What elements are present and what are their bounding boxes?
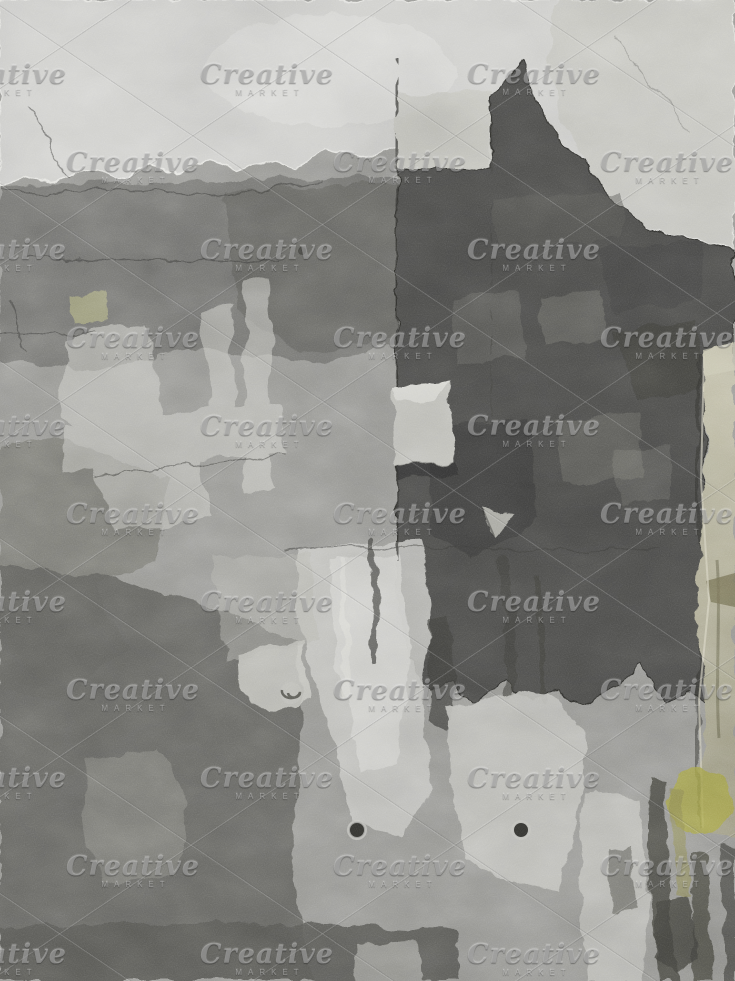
watermark-text: CreativeMARKET	[600, 502, 734, 538]
watermark-text: CreativeMARKET	[600, 854, 734, 890]
watermark-text: CreativeMARKET	[333, 678, 467, 714]
watermark-script-word: Creative	[0, 590, 67, 616]
watermark-script-word: Creative	[600, 150, 734, 176]
watermark-text: CreativeMARKET	[0, 766, 67, 802]
watermark-script-word: Creative	[467, 766, 601, 792]
watermark-script-word: Creative	[467, 942, 601, 968]
watermark-text: CreativeMARKET	[0, 62, 67, 98]
watermark-script-word: Creative	[333, 150, 467, 176]
watermark-script-word: Creative	[66, 150, 200, 176]
watermark-text: CreativeMARKET	[467, 766, 601, 802]
watermark-script-word: Creative	[467, 238, 601, 264]
watermark-text: CreativeMARKET	[333, 150, 467, 186]
watermark-text: CreativeMARKET	[467, 414, 601, 450]
watermark-text: CreativeMARKET	[66, 502, 200, 538]
watermark-text: CreativeMARKET	[66, 150, 200, 186]
watermark-script-word: Creative	[66, 326, 200, 352]
watermark-text: CreativeMARKET	[0, 414, 67, 450]
watermark-text: CreativeMARKET	[200, 414, 334, 450]
watermark-script-word: Creative	[333, 678, 467, 704]
watermark-text: CreativeMARKET	[467, 238, 601, 274]
watermark-script-word: Creative	[333, 854, 467, 880]
watermark-script-word: Creative	[0, 414, 67, 440]
watermark-text: CreativeMARKET	[333, 502, 467, 538]
watermark-script-word: Creative	[0, 942, 67, 968]
watermark-text: CreativeMARKET	[333, 854, 467, 890]
watermark-text: CreativeMARKET	[467, 590, 601, 626]
watermark-script-word: Creative	[200, 62, 334, 88]
watermark-script-word: Creative	[0, 766, 67, 792]
watermark-script-word: Creative	[0, 238, 67, 264]
watermark-script-word: Creative	[600, 326, 734, 352]
watermark-text: CreativeMARKET	[200, 766, 334, 802]
watermark-text: CreativeMARKET	[200, 238, 334, 274]
watermark-text: CreativeMARKET	[600, 150, 734, 186]
watermark-text: CreativeMARKET	[200, 590, 334, 626]
watermark-script-word: Creative	[600, 854, 734, 880]
watermark-text: CreativeMARKET	[66, 326, 200, 362]
watermark-text: CreativeMARKET	[467, 942, 601, 978]
watermark-text: CreativeMARKET	[333, 326, 467, 362]
watermark-script-word: Creative	[66, 854, 200, 880]
watermark-text: CreativeMARKET	[600, 326, 734, 362]
watermark-text: CreativeMARKET	[0, 590, 67, 626]
watermark-script-word: Creative	[66, 678, 200, 704]
watermark-script-word: Creative	[200, 590, 334, 616]
watermark-text: CreativeMARKET	[600, 678, 734, 714]
watermark-script-word: Creative	[600, 678, 734, 704]
watermark-text: CreativeMARKET	[66, 854, 200, 890]
watermark-script-word: Creative	[200, 414, 334, 440]
watermark-script-word: Creative	[467, 590, 601, 616]
watermark-script-word: Creative	[200, 942, 334, 968]
watermark-text: CreativeMARKET	[200, 942, 334, 978]
watermark-script-word: Creative	[333, 502, 467, 528]
watermark-text: CreativeMARKET	[0, 238, 67, 274]
watermark-script-word: Creative	[200, 238, 334, 264]
stock-photo-canvas: CreativeMARKETCreativeMARKETCreativeMARK…	[0, 0, 735, 981]
watermark-text: CreativeMARKET	[200, 62, 334, 98]
watermark-text: CreativeMARKET	[66, 678, 200, 714]
watermark-script-word: Creative	[600, 502, 734, 528]
watermark-script-word: Creative	[200, 766, 334, 792]
watermark-text: CreativeMARKET	[467, 62, 601, 98]
watermark-layer: CreativeMARKETCreativeMARKETCreativeMARK…	[0, 0, 735, 981]
watermark-script-word: Creative	[333, 326, 467, 352]
watermark-script-word: Creative	[467, 414, 601, 440]
watermark-text: CreativeMARKET	[0, 942, 67, 978]
watermark-script-word: Creative	[0, 62, 67, 88]
watermark-script-word: Creative	[66, 502, 200, 528]
watermark-script-word: Creative	[467, 62, 601, 88]
